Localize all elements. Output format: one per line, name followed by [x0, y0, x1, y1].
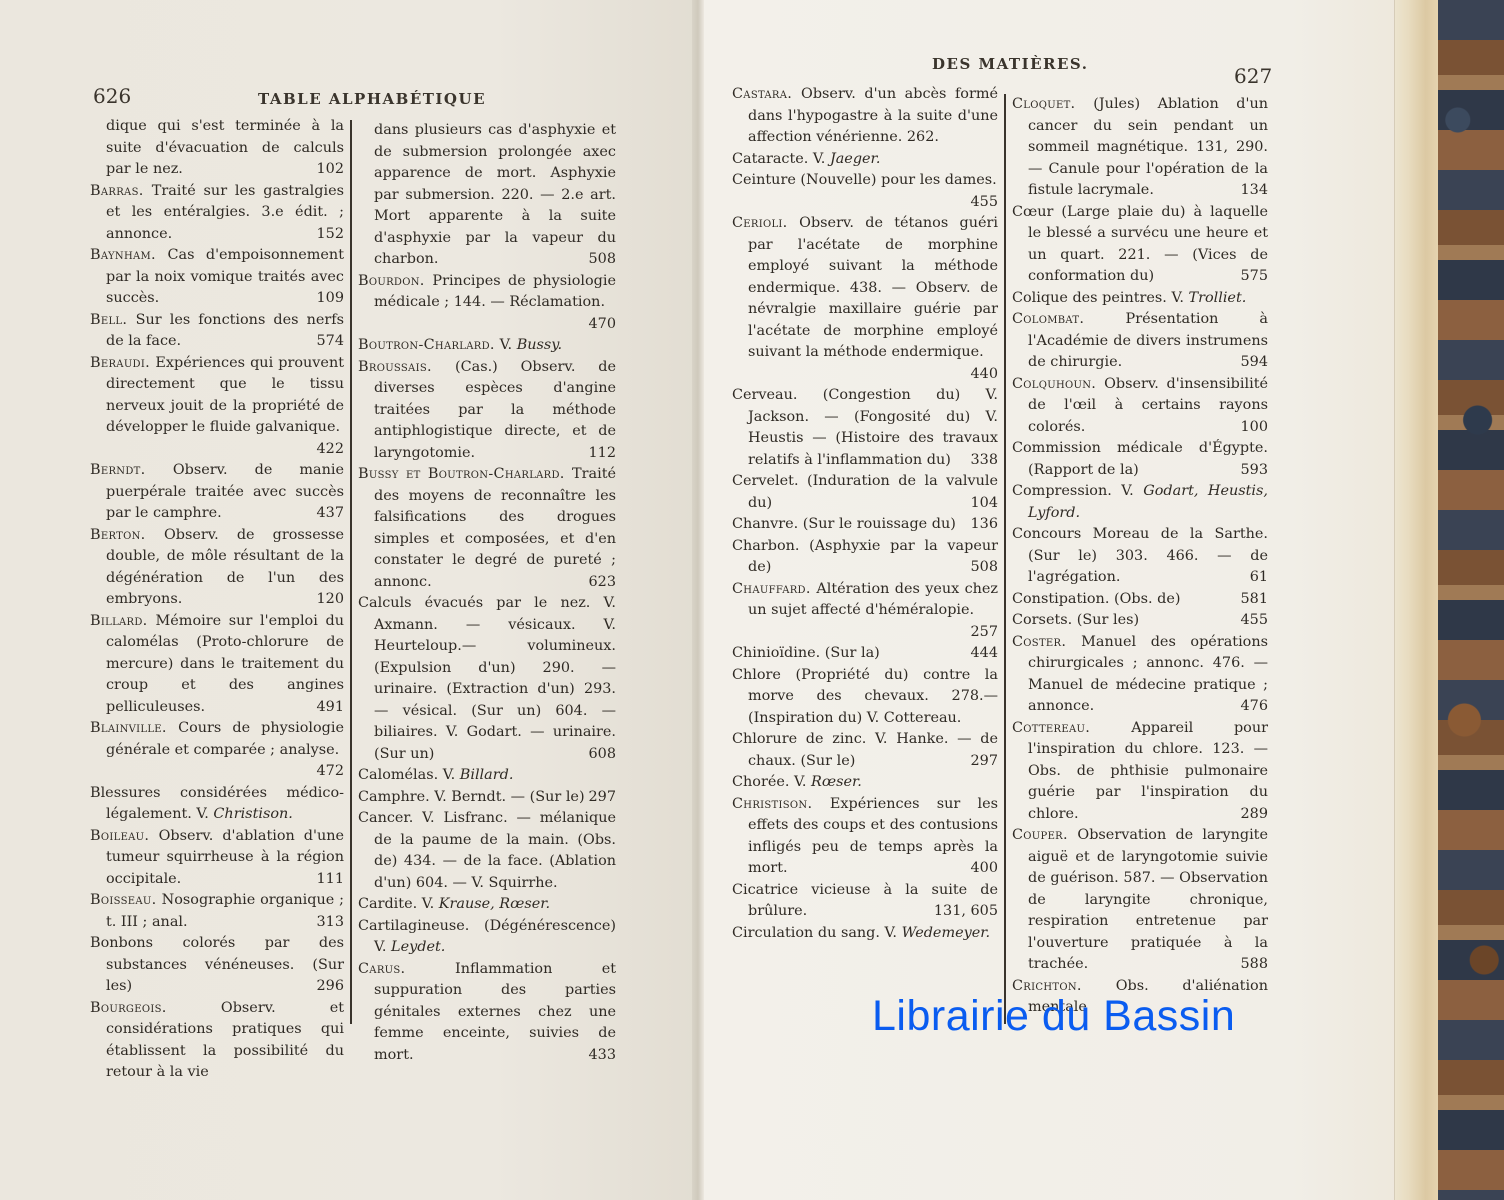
entry-page-number: 433 — [589, 1045, 616, 1067]
entry-page-number: 297 — [589, 787, 616, 809]
index-entry: Billard. Mémoire sur l'emploi du calomél… — [90, 611, 344, 719]
entry-text: Chanvre. (Sur le rouissage du) — [732, 516, 956, 532]
entry-page-number: 422 — [317, 439, 344, 461]
entry-heading: Barras. — [90, 183, 152, 199]
entry-reference: Jaeger. — [830, 151, 880, 167]
entry-text: Sur les fonctions des nerfs de la face. — [106, 312, 344, 350]
entry-page-number: 608 — [589, 744, 616, 766]
entry-page-number: 338 — [971, 450, 998, 472]
index-entry: Chanvre. (Sur le rouissage du)136 — [732, 514, 998, 536]
entry-page-number: 111 — [317, 869, 344, 891]
left-page-number: 626 — [93, 84, 131, 108]
entry-page-number: 444 — [971, 643, 998, 665]
entry-text: Calomélas. V. — [358, 767, 460, 783]
index-entry: Bourgeois. Observ. et considérations pra… — [90, 998, 344, 1084]
entry-reference: Leydet. — [391, 939, 445, 955]
entry-heading: Cottereau. — [1012, 720, 1131, 736]
left-running-head: TABLE ALPHABÉTIQUE — [258, 90, 486, 108]
entry-page-number: 296 — [317, 976, 344, 998]
entry-page-number: 120 — [317, 589, 344, 611]
entry-text: Compression. V. — [1012, 483, 1143, 499]
page-edges — [1394, 0, 1439, 1200]
index-entry: Chauffard. Altération des yeux chez un s… — [732, 579, 998, 644]
watermark: Librairie du Bassin — [872, 992, 1235, 1041]
index-entry: Cottereau. Appareil pour l'inspiration d… — [1012, 718, 1268, 826]
index-entry: Colquhoun. Observ. d'insensibilité de l'… — [1012, 374, 1268, 439]
entry-page-number: 400 — [971, 858, 998, 880]
entry-heading: Boisseau. — [90, 892, 162, 908]
entry-text: dans plusieurs cas d'asphyxie et de subm… — [374, 122, 616, 267]
index-entry: Chlore (Propriété du) contre la morve de… — [732, 665, 998, 730]
index-entry: Boileau. Observ. d'ablation d'une tumeur… — [90, 826, 344, 891]
entry-heading: Berton. — [90, 527, 164, 543]
entry-reference: Bussy. — [517, 337, 562, 353]
entry-heading: Blainville. — [90, 720, 178, 736]
entry-heading: Boutron-Charlard. — [358, 337, 500, 353]
index-entry: Carus. Inflammation et suppuration des p… — [358, 959, 616, 1067]
entry-heading: Cloquet. — [1012, 96, 1093, 112]
index-entry: Castara. Observ. d'un abcès formé dans l… — [732, 84, 998, 149]
index-entry: Baynham. Cas d'empoisonnement par la noi… — [90, 245, 344, 310]
entry-page-number: 104 — [971, 493, 998, 515]
index-entry: Colombat. Présentation à l'Académie de d… — [1012, 309, 1268, 374]
entry-text: Bonbons colorés par des substances vénén… — [90, 935, 344, 994]
index-entry: Blainville. Cours de physiologie général… — [90, 718, 344, 783]
entry-reference: Krause, Rœser. — [439, 896, 550, 912]
entry-heading: Christison. — [732, 796, 830, 812]
entry-heading: Bourgeois. — [90, 1000, 221, 1016]
left-column-1: dique qui s'est terminée à la suite d'év… — [90, 116, 344, 1084]
entry-text: Cervelet. (Induration de la valvule du) — [732, 473, 998, 511]
entry-heading: Colombat. — [1012, 311, 1126, 327]
entry-page-number: 61 — [1250, 567, 1268, 589]
index-entry: Calculs évacués par le nez. V. Axmann. —… — [358, 593, 616, 765]
entry-text: dique qui s'est terminée à la suite d'év… — [106, 118, 344, 177]
entry-text: V. — [500, 337, 517, 353]
index-entry: Couper. Observation de laryngite aiguë e… — [1012, 825, 1268, 976]
index-entry: Chinioïdine. (Sur la)444 — [732, 643, 998, 665]
index-entry: Cardite. V. Krause, Rœser. — [358, 894, 616, 916]
index-entry: Cicatrice vicieuse à la suite de brûlure… — [732, 880, 998, 923]
entry-text: Chorée. V. — [732, 774, 811, 790]
entry-page-number: 257 — [971, 622, 998, 644]
entry-heading: Castara. — [732, 86, 801, 102]
index-entry: Commission médicale d'Égypte. (Rapport d… — [1012, 438, 1268, 481]
index-entry: Beraudi. Expériences qui prouvent direct… — [90, 353, 344, 461]
index-entry: Berton. Observ. de grossesse double, de … — [90, 525, 344, 611]
entry-page-number: 455 — [971, 192, 998, 214]
entry-heading: Bussy et Boutron-Charlard. — [358, 466, 572, 482]
entry-page-number: 112 — [589, 443, 616, 465]
entry-page-number: 289 — [1241, 804, 1268, 826]
entry-heading: Carus. — [358, 961, 455, 977]
entry-page-number: 581 — [1241, 589, 1268, 611]
entry-page-number: 109 — [317, 288, 344, 310]
right-column-1: Castara. Observ. d'un abcès formé dans l… — [732, 84, 998, 944]
entry-page-number: 313 — [317, 912, 344, 934]
entry-reference: Rœser. — [811, 774, 862, 790]
entry-text: Concours Moreau de la Sarthe. (Sur le) 3… — [1012, 526, 1268, 585]
entry-heading: Colquhoun. — [1012, 376, 1104, 392]
book-gutter — [692, 0, 704, 1200]
index-entry: Corsets. (Sur les)455 — [1012, 610, 1268, 632]
index-entry: Berndt. Observ. de manie puerpérale trai… — [90, 460, 344, 525]
entry-page-number: 574 — [317, 331, 344, 353]
index-entry: Cartilagineuse. (Dégénérescence) V. Leyd… — [358, 916, 616, 959]
entry-page-number: 476 — [1241, 696, 1268, 718]
index-entry: Chlorure de zinc. V. Hanke. — de chaux. … — [732, 729, 998, 772]
index-entry: Bonbons colorés par des substances vénén… — [90, 933, 344, 998]
marbled-cover — [1438, 0, 1504, 1200]
index-entry: Bourdon. Principes de physiologie médica… — [358, 271, 616, 336]
entry-text: Ceinture (Nouvelle) pour les dames. — [732, 172, 997, 188]
entry-page-number: 440 — [971, 364, 998, 386]
entry-heading: Bell. — [90, 312, 136, 328]
left-column-2: dans plusieurs cas d'asphyxie et de subm… — [358, 120, 616, 1066]
entry-text: Observation de laryngite aiguë et de lar… — [1028, 827, 1268, 972]
index-entry: Circulation du sang. V. Wedemeyer. — [732, 923, 998, 945]
index-entry: Bell. Sur les fonctions des nerfs de la … — [90, 310, 344, 353]
index-entry: Boutron-Charlard. V. Bussy. — [358, 335, 616, 357]
entry-heading: Boileau. — [90, 828, 159, 844]
entry-text: Chinioïdine. (Sur la) — [732, 645, 880, 661]
entry-page-number: 593 — [1241, 460, 1268, 482]
entry-text: Cataracte. V. — [732, 151, 830, 167]
entry-page-number: 508 — [971, 557, 998, 579]
entry-text: Cerveau. (Congestion du) V. Jackson. — (… — [732, 387, 998, 468]
entry-page-number: 134 — [1241, 180, 1268, 202]
entry-heading: Cerioli. — [732, 215, 799, 231]
entry-page-number: 437 — [317, 503, 344, 525]
right-running-head: DES MATIÈRES. — [932, 55, 1088, 73]
index-entry: Charbon. (Asphyxie par la vapeur de)508 — [732, 536, 998, 579]
entry-page-number: 100 — [1241, 417, 1268, 439]
column-rule — [350, 120, 352, 1024]
entry-text: Corsets. (Sur les) — [1012, 612, 1139, 628]
entry-reference: Christison. — [213, 806, 292, 822]
entry-text: Calculs évacués par le nez. V. Axmann. —… — [358, 595, 616, 762]
index-entry: Coster. Manuel des opérations chirurgica… — [1012, 632, 1268, 718]
right-page-number: 627 — [1234, 64, 1272, 88]
index-entry: Barras. Traité sur les gastralgies et le… — [90, 181, 344, 246]
entry-heading: Billard. — [90, 613, 156, 629]
right-column-2: Cloquet. (Jules) Ablation d'un cancer du… — [1012, 94, 1268, 1019]
entry-page-number: 594 — [1241, 352, 1268, 374]
entry-page-number: 575 — [1241, 266, 1268, 288]
entry-text: Constipation. (Obs. de) — [1012, 591, 1180, 607]
entry-text: Camphre. V. Berndt. — (Sur le) — [358, 789, 585, 805]
entry-heading: Beraudi. — [90, 355, 155, 371]
index-entry: Colique des peintres. V. Trolliet. — [1012, 288, 1268, 310]
index-entry: Cerioli. Observ. de tétanos guéri par l'… — [732, 213, 998, 385]
entry-reference: Billard. — [460, 767, 514, 783]
entry-page-number: 623 — [589, 572, 616, 594]
entry-page-number: 472 — [317, 761, 344, 783]
entry-page-number: 152 — [317, 224, 344, 246]
entry-text: Chlore (Propriété du) contre la morve de… — [732, 667, 998, 726]
entry-text: Traité des moyens de reconnaître les fal… — [374, 466, 616, 590]
entry-page-number: 297 — [971, 751, 998, 773]
entry-page-number: 131, 605 — [934, 901, 998, 923]
entry-page-number: 136 — [971, 514, 998, 536]
index-entry: Cerveau. (Congestion du) V. Jackson. — (… — [732, 385, 998, 471]
index-entry: dans plusieurs cas d'asphyxie et de subm… — [358, 120, 616, 271]
entry-heading: Broussais. — [358, 359, 455, 375]
entry-heading: Baynham. — [90, 247, 168, 263]
index-entry: Broussais. (Cas.) Observ. de diverses es… — [358, 357, 616, 465]
index-entry: dique qui s'est terminée à la suite d'év… — [90, 116, 344, 181]
index-entry: Cervelet. (Induration de la valvule du)1… — [732, 471, 998, 514]
entry-text: Cœur (Large plaie du) à laquelle le bles… — [1012, 204, 1268, 285]
index-entry: Constipation. (Obs. de)581 — [1012, 589, 1268, 611]
entry-text: Chlorure de zinc. V. Hanke. — de chaux. … — [732, 731, 998, 769]
entry-reference: Trolliet. — [1188, 290, 1246, 306]
index-entry: Calomélas. V. Billard. — [358, 765, 616, 787]
entry-page-number: 491 — [317, 697, 344, 719]
index-entry: Cancer. V. Lisfranc. — mélanique de la p… — [358, 808, 616, 894]
entry-text: Circulation du sang. V. — [732, 925, 902, 941]
index-entry: Christison. Expériences sur les effets d… — [732, 794, 998, 880]
entry-reference: Wedemeyer. — [902, 925, 991, 941]
index-entry: Ceinture (Nouvelle) pour les dames.455 — [732, 170, 998, 213]
entry-heading: Chauffard. — [732, 581, 816, 597]
entry-page-number: 470 — [589, 314, 616, 336]
entry-page-number: 102 — [317, 159, 344, 181]
index-entry: Concours Moreau de la Sarthe. (Sur le) 3… — [1012, 524, 1268, 589]
index-entry: Compression. V. Godart, Heustis, Lyford. — [1012, 481, 1268, 524]
index-entry: Bussy et Boutron-Charlard. Traité des mo… — [358, 464, 616, 593]
entry-page-number: 455 — [1241, 610, 1268, 632]
index-entry: Camphre. V. Berndt. — (Sur le)297 — [358, 787, 616, 809]
entry-heading: Berndt. — [90, 462, 173, 478]
index-entry: Cloquet. (Jules) Ablation d'un cancer du… — [1012, 94, 1268, 202]
entry-page-number: 588 — [1241, 954, 1268, 976]
entry-heading: Couper. — [1012, 827, 1077, 843]
index-entry: Boisseau. Nosographie organique ; t. III… — [90, 890, 344, 933]
column-rule — [1004, 94, 1006, 1024]
index-entry: Cœur (Large plaie du) à laquelle le bles… — [1012, 202, 1268, 288]
entry-heading: Coster. — [1012, 634, 1081, 650]
entry-text: Cardite. V. — [358, 896, 439, 912]
entry-text: Observ. de tétanos guéri par l'acétate d… — [748, 215, 998, 360]
entry-text: Commission médicale d'Égypte. (Rapport d… — [1012, 440, 1268, 478]
entry-text: Charbon. (Asphyxie par la vapeur de) — [732, 538, 998, 576]
index-entry: Cataracte. V. Jaeger. — [732, 149, 998, 171]
index-entry: Chorée. V. Rœser. — [732, 772, 998, 794]
entry-heading: Bourdon. — [358, 273, 432, 289]
index-entry: Blessures considérées médico-légalement.… — [90, 783, 344, 826]
entry-text: Colique des peintres. V. — [1012, 290, 1188, 306]
entry-page-number: 508 — [589, 249, 616, 271]
entry-text: Cancer. V. Lisfranc. — mélanique de la p… — [358, 810, 616, 891]
